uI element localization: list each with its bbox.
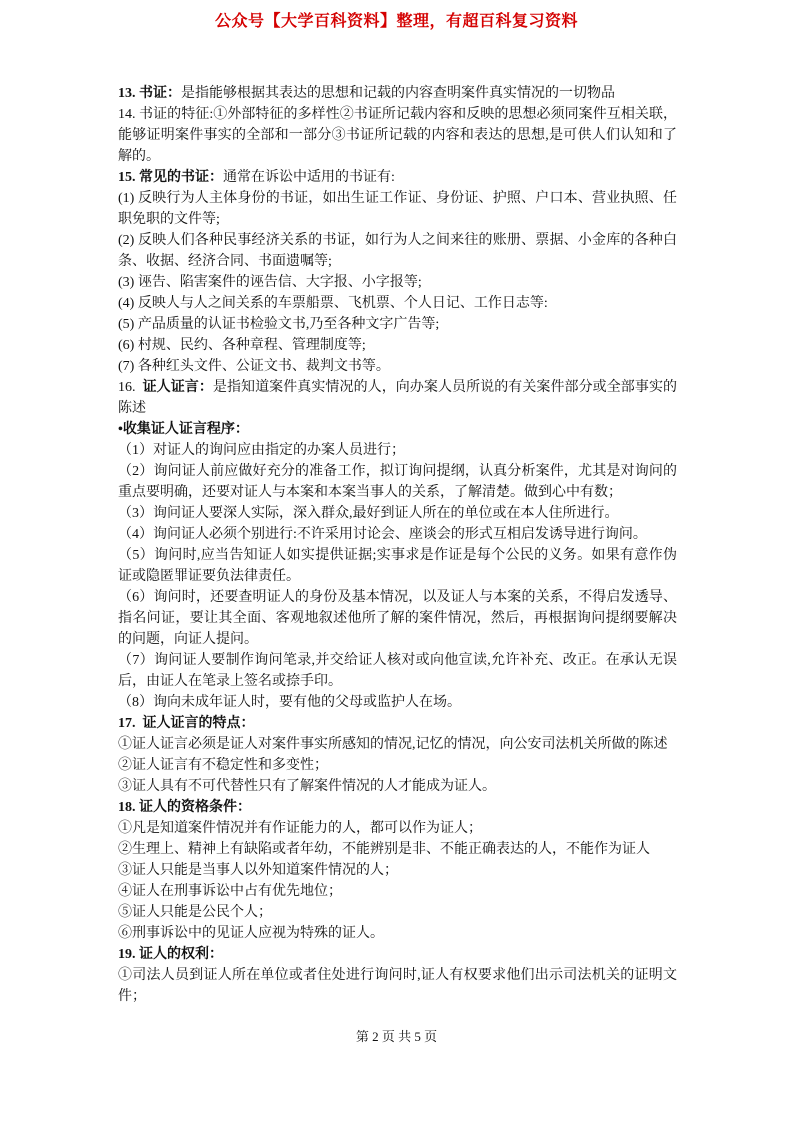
- paragraph: (4) 反映人与人之间关系的车票船票、飞机票、个人日记、工作日志等:: [118, 293, 677, 314]
- paragraph: ⑤证人只能是公民个人；: [118, 902, 677, 923]
- paragraph-text: （3）询问证人要深人实际，深入群众,最好到证人所在的单位或在本人住所进行。: [118, 506, 619, 521]
- paragraph: ⑥刑事诉讼中的见证人应视为特殊的证人。: [118, 923, 677, 944]
- paragraph: ③证人只能是当事人以外知道案件情况的人；: [118, 860, 677, 881]
- paragraph: 15. 常见的书证：通常在诉讼中适用的书证有:: [118, 167, 677, 188]
- paragraph-text: （5）询问时,应当告知证人如实提供证据;实事求是作证是每个公民的义务。如果有意作…: [118, 548, 677, 584]
- paragraph: ①证人证言必须是证人对案件事实所感知的情况,记忆的情况，向公安司法机关所做的陈述: [118, 734, 677, 755]
- paragraph-text: (6) 村规、民约、各种章程、管理制度等;: [118, 338, 366, 353]
- paragraph: (6) 村规、民约、各种章程、管理制度等;: [118, 335, 677, 356]
- paragraph: （4）询问证人必须个别进行:不许采用讨论会、座谈会的形式互相启发诱导进行询问。: [118, 524, 677, 545]
- paragraph-heading: 证人证言：: [143, 380, 213, 395]
- paragraph-text: ⑥刑事诉讼中的见证人应视为特殊的证人。: [118, 926, 384, 941]
- page-header: 公众号【大学百科资料】整理，有超百科复习资料: [0, 8, 793, 31]
- paragraph: (5) 产品质量的认证书检验文书,乃至各种文字广告等;: [118, 314, 677, 335]
- paragraph: 19. 证人的权利：: [118, 944, 677, 965]
- paragraph: (3) 诬告、陷害案件的诬告信、大字报、小字报等;: [118, 272, 677, 293]
- paragraph: (1) 反映行为人主体身份的书证，如出生证工作证、身份证、护照、户口本、营业执照…: [118, 188, 677, 230]
- paragraph: 14. 书证的特征:①外部特征的多样性②书证所记载内容和反映的思想必须同案件互相…: [118, 104, 677, 167]
- paragraph: （8）询向未成年证人时，要有他的父母或监护人在场。: [118, 692, 677, 713]
- paragraph: (2) 反映人们各种民事经济关系的书证，如行为人之间来往的账册、票据、小金库的各…: [118, 230, 677, 272]
- paragraph-text: （7）询问证人要制作询问笔录,并交给证人核对或向他宣读,允许补充、改正。在承认无…: [118, 653, 677, 689]
- document-page: 公众号【大学百科资料】整理，有超百科复习资料 13. 书证：是指能够根据其表达的…: [0, 0, 793, 1122]
- paragraph-text: ③证人具有不可代替性只有了解案件情况的人才能成为证人。: [118, 779, 496, 794]
- paragraph-text: (4) 反映人与人之间关系的车票船票、飞机票、个人日记、工作日志等:: [118, 296, 548, 311]
- paragraph-text: ①证人证言必须是证人对案件事实所感知的情况,记忆的情况，向公安司法机关所做的陈述: [118, 737, 668, 752]
- paragraph: （2）询问证人前应做好充分的准备工作，拟订询问提纲，认真分析案件，尤其是对询问的…: [118, 461, 677, 503]
- paragraph-text: ⑤证人只能是公民个人；: [118, 905, 272, 920]
- paragraph-heading: •收集证人证言程序：: [118, 422, 249, 437]
- paragraph-text: (5) 产品质量的认证书检验文书,乃至各种文字广告等;: [118, 317, 439, 332]
- paragraph-text: (3) 诬告、陷害案件的诬告信、大字报、小字报等;: [118, 275, 422, 290]
- paragraph: •收集证人证言程序：: [118, 419, 677, 440]
- paragraph-text: ②生理上、精神上有缺陷或者年幼，不能辨别是非、不能正确表达的人，不能作为证人: [118, 842, 650, 857]
- paragraph: ①凡是知道案件情况并有作证能力的人，都可以作为证人；: [118, 818, 677, 839]
- paragraph: (7) 各种红头文件、公证文书、裁判文书等。: [118, 356, 677, 377]
- paragraph: （1）对证人的询问应由指定的办案人员进行；: [118, 440, 677, 461]
- paragraph-text: ①司法人员到证人所在单位或者住处进行询问时,证人有权要求他们出示司法机关的证明文…: [118, 968, 677, 1004]
- paragraph-text: (1) 反映行为人主体身份的书证，如出生证工作证、身份证、护照、户口本、营业执照…: [118, 191, 677, 227]
- paragraph-text: （6）询问时，还要查明证人的身份及基本情况，以及证人与本案的关系，不得启发透导、…: [118, 590, 677, 647]
- paragraph-text: ④证人在刑事诉讼中占有优先地位；: [118, 884, 342, 899]
- paragraph-text: 通常在诉讼中适用的书证有:: [223, 170, 395, 185]
- paragraph-text: ②证人证言有不稳定性和多变性；: [118, 758, 328, 773]
- paragraph: ①司法人员到证人所在单位或者住处进行询问时,证人有权要求他们出示司法机关的证明文…: [118, 965, 677, 1007]
- paragraph-number: 16.: [118, 380, 143, 395]
- paragraph: 16. 证人证言：是指知道案件真实情况的人，向办案人员所说的有关案件部分或全部事…: [118, 377, 677, 419]
- page-footer: 第 2 页 共 5 页: [0, 1026, 793, 1045]
- paragraph: 13. 书证：是指能够根据其表达的思想和记载的内容查明案件真实情况的一切物品: [118, 83, 677, 104]
- paragraph-text: ①凡是知道案件情况并有作证能力的人，都可以作为证人；: [118, 821, 482, 836]
- paragraph: （5）询问时,应当告知证人如实提供证据;实事求是作证是每个公民的义务。如果有意作…: [118, 545, 677, 587]
- paragraph-text: （4）询问证人必须个别进行:不许采用讨论会、座谈会的形式互相启发诱导进行询问。: [118, 527, 647, 542]
- paragraph: （6）询问时，还要查明证人的身份及基本情况，以及证人与本案的关系，不得启发透导、…: [118, 587, 677, 650]
- paragraph: 18. 证人的资格条件：: [118, 797, 677, 818]
- paragraph-text: （2）询问证人前应做好充分的准备工作，拟订询问提纲，认真分析案件，尤其是对询问的…: [118, 464, 677, 500]
- paragraph: ②生理上、精神上有缺陷或者年幼，不能辨别是非、不能正确表达的人，不能作为证人: [118, 839, 677, 860]
- paragraph-heading: 17. 证人证言的特点：: [118, 716, 255, 731]
- paragraph-heading: 13. 书证：: [118, 86, 181, 101]
- paragraph-text: (7) 各种红头文件、公证文书、裁判文书等。: [118, 359, 390, 374]
- paragraph: ④证人在刑事诉讼中占有优先地位；: [118, 881, 677, 902]
- paragraph: （3）询问证人要深人实际，深入群众,最好到证人所在的单位或在本人住所进行。: [118, 503, 677, 524]
- paragraph-text: ③证人只能是当事人以外知道案件情况的人；: [118, 863, 398, 878]
- document-body: 13. 书证：是指能够根据其表达的思想和记载的内容查明案件真实情况的一切物品 1…: [118, 83, 677, 1007]
- paragraph-heading: 19. 证人的权利：: [118, 947, 223, 962]
- paragraph: ③证人具有不可代替性只有了解案件情况的人才能成为证人。: [118, 776, 677, 797]
- paragraph-heading: 18. 证人的资格条件：: [118, 800, 251, 815]
- paragraph-heading: 15. 常见的书证：: [118, 170, 223, 185]
- paragraph: 17. 证人证言的特点：: [118, 713, 677, 734]
- paragraph: （7）询问证人要制作询问笔录,并交给证人核对或向他宣读,允许补充、改正。在承认无…: [118, 650, 677, 692]
- paragraph-text: （1）对证人的询问应由指定的办案人员进行；: [118, 443, 405, 458]
- paragraph: ②证人证言有不稳定性和多变性；: [118, 755, 677, 776]
- paragraph-text: 是指能够根据其表达的思想和记载的内容查明案件真实情况的一切物品: [181, 86, 615, 101]
- paragraph-text: (2) 反映人们各种民事经济关系的书证，如行为人之间来往的账册、票据、小金库的各…: [118, 233, 677, 269]
- paragraph-text: （8）询向未成年证人时，要有他的父母或监护人在场。: [118, 695, 461, 710]
- paragraph-text: 14. 书证的特征:①外部特征的多样性②书证所记载内容和反映的思想必须同案件互相…: [118, 107, 677, 164]
